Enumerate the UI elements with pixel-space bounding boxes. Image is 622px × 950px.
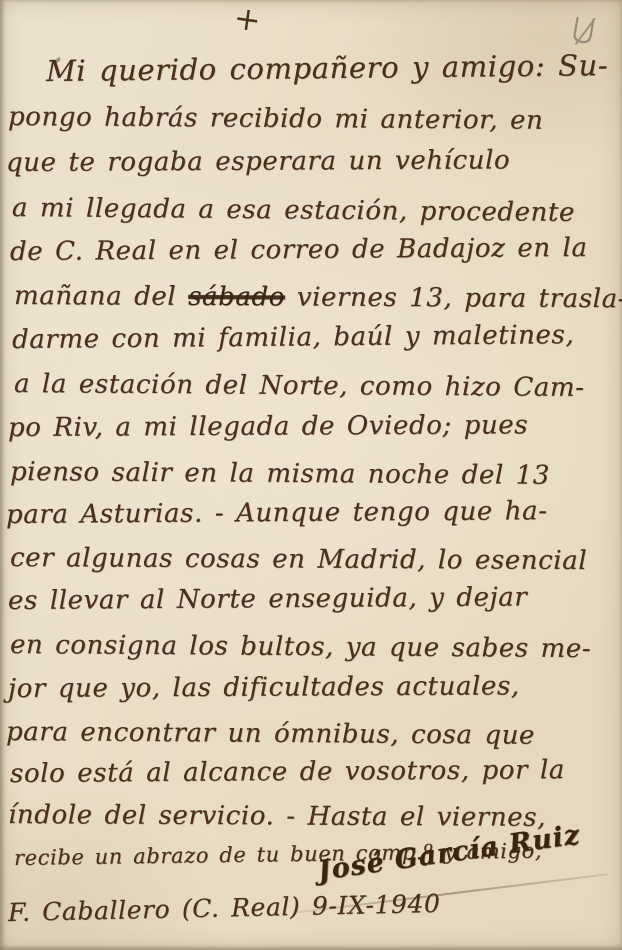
struck-word: sábado: [188, 282, 285, 313]
letter-line: jor que yo, las dificultades actuales,: [8, 671, 520, 704]
letter-page: + Mi querido compañero y amigo: Su- pong…: [0, 0, 622, 950]
letter-line: índole del servicio. - Hasta el viernes,: [8, 800, 546, 833]
letter-line: en consigna los bultos, ya que sabes me-: [10, 630, 591, 664]
letter-line: darme con mi familia, baúl y maletines,: [12, 320, 575, 355]
letter-line: que te rogaba esperara un vehículo: [6, 145, 510, 178]
letter-line-with-correction: mañana del sábado viernes 13, para trasl…: [14, 281, 622, 314]
corrected-line-post: viernes 13, para trasla-: [285, 282, 622, 314]
letter-line: para encontrar un ómnibus, cosa que: [6, 717, 535, 751]
letter-line: para Asturias. - Aunque tengo que ha-: [6, 496, 548, 530]
letter-line: cer algunas cosas en Madrid, lo esencial: [10, 543, 587, 576]
cross-mark: +: [231, 0, 263, 40]
letter-line: solo está al alcance de vosotros, por la: [10, 755, 565, 789]
letter-line: pongo habrás recibido mi anterior, en: [8, 102, 544, 136]
dateline: F. Caballero (C. Real) 9-IX-1940: [8, 889, 441, 927]
letter-line: po Riv, a mi llegada de Oviedo; pues: [8, 410, 528, 443]
letter-line: pienso salir en la misma noche del 13: [10, 457, 550, 491]
letter-line: a mi llegada a esa estación, procedente: [12, 193, 575, 228]
letter-line: de C. Real en el correo de Badajoz en la: [10, 233, 588, 267]
corrected-line-pre: mañana del: [14, 281, 188, 312]
letter-line-salutation: Mi querido compañero y amigo: Su-: [46, 48, 609, 88]
letter-line: a la estación del Norte, como hizo Cam-: [14, 369, 585, 403]
letter-line: es llevar al Norte enseguida, y dejar: [8, 582, 528, 616]
